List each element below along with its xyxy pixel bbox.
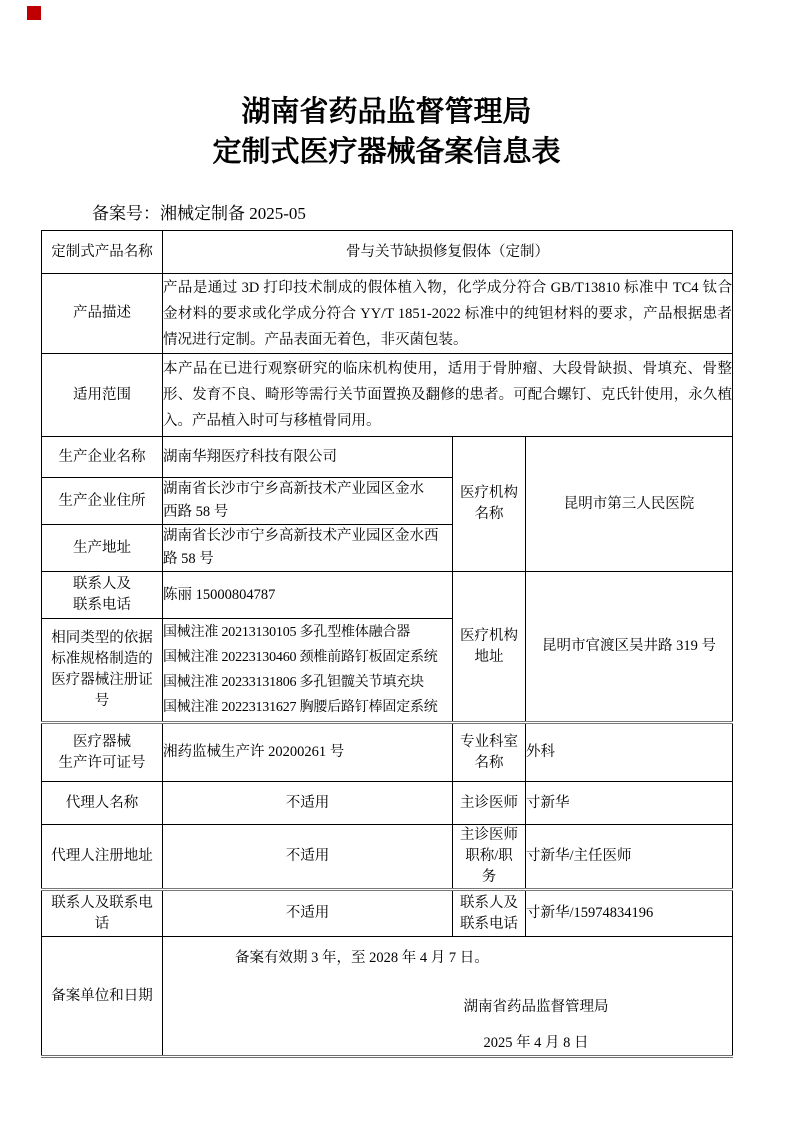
filing-unit-date-cell: 备案有效期 3 年，至 2028 年 4 月 7 日。 湖南省药品监督管理局 2… [163,937,733,1057]
filing-authority-name: 湖南省药品监督管理局 [406,996,666,1018]
row-production-license: 医疗器械 生产许可证号 湘药监械生产许 20200261 号 专业科室 名称 外… [42,723,733,782]
agent-name-label: 代理人名称 [42,782,163,825]
row-agent-address: 代理人注册地址 不适用 主诊医师 职称/职 务 寸新华/主任医师 [42,825,733,890]
row-filing-unit-date: 备案单位和日期 备案有效期 3 年，至 2028 年 4 月 7 日。 湖南省药… [42,937,733,1057]
contact-label: 联系人及 联系电话 [42,572,163,619]
row-agent-name: 代理人名称 不适用 主诊医师 寸新华 [42,782,733,825]
row-scope: 适用范围 本产品在已进行观察研究的临床机构使用，适用于骨肿瘤、大段骨缺损、骨填充… [42,354,733,437]
filing-date: 2025 年 4 月 8 日 [406,1032,666,1054]
scope-label: 适用范围 [42,354,163,437]
title-line-2: 定制式医疗器械备案信息表 [41,132,732,172]
filing-info-table: 定制式产品名称 骨与关节缺损修复假体（定制） 产品描述 产品是通过 3D 打印技… [41,230,733,1058]
filing-unit-date-label: 备案单位和日期 [42,937,163,1057]
institution-contact-value: 寸新华/15974834196 [526,890,733,937]
filing-authority-block: 湖南省药品监督管理局 2025 年 4 月 8 日 [406,996,666,1054]
document-title: 湖南省药品监督管理局 定制式医疗器械备案信息表 [41,92,732,172]
document-page: 湖南省药品监督管理局 定制式医疗器械备案信息表 备案号：湘械定制备 2025-0… [0,0,800,1131]
department-value: 外科 [526,723,733,782]
same-type-registrations-label: 相同类型的依据 标准规格制造的 医疗器械注册证 号 [42,619,163,723]
production-address-label: 生产地址 [42,525,163,572]
manufacturer-address-value: 湖南省长沙市宁乡高新技术产业园区金水 西路 58 号 [163,478,453,525]
record-number-label: 备案号： [92,204,160,223]
agent-contact-value: 不适用 [163,890,453,937]
agent-contact-label: 联系人及联系电 话 [42,890,163,937]
scope-value: 本产品在已进行观察研究的临床机构使用，适用于骨肿瘤、大段骨缺损、骨填充、骨整形、… [163,354,733,437]
agent-address-value: 不适用 [163,825,453,890]
filing-validity-text: 备案有效期 3 年，至 2028 年 4 月 7 日。 [235,947,732,969]
production-address-value: 湖南省长沙市宁乡高新技术产业园区金水西 路 58 号 [163,525,453,572]
attending-physician-value: 寸新华 [526,782,733,825]
manufacturer-name-label: 生产企业名称 [42,437,163,478]
attending-physician-label: 主诊医师 [453,782,526,825]
production-license-value: 湘药监械生产许 20200261 号 [163,723,453,782]
physician-title-value: 寸新华/主任医师 [526,825,733,890]
title-line-1: 湖南省药品监督管理局 [41,92,732,132]
medical-institution-name-value: 昆明市第三人民医院 [526,437,733,572]
product-name-label: 定制式产品名称 [42,231,163,274]
row-agent-contact: 联系人及联系电 话 不适用 联系人及 联系电话 寸新华/15974834196 [42,890,733,937]
record-number-value: 湘械定制备 2025-05 [160,204,306,223]
manufacturer-name-value: 湖南华翔医疗科技有限公司 [163,437,453,478]
contact-value: 陈丽 15000804787 [163,572,453,619]
row-product-desc: 产品描述 产品是通过 3D 打印技术制成的假体植入物，化学成分符合 GB/T13… [42,274,733,354]
red-corner-marker [27,6,41,20]
department-label: 专业科室 名称 [453,723,526,782]
production-license-label: 医疗器械 生产许可证号 [42,723,163,782]
product-desc-value: 产品是通过 3D 打印技术制成的假体植入物，化学成分符合 GB/T13810 标… [163,274,733,354]
medical-institution-address-label: 医疗机构 地址 [453,572,526,723]
institution-contact-label: 联系人及 联系电话 [453,890,526,937]
record-number-line: 备案号：湘械定制备 2025-05 [92,199,306,224]
medical-institution-name-label: 医疗机构 名称 [453,437,526,572]
same-type-registrations-value: 国械注准 20213130105 多孔型椎体融合器 国械注准 202231304… [163,619,453,723]
row-manufacturer-name: 生产企业名称 湖南华翔医疗科技有限公司 医疗机构 名称 昆明市第三人民医院 [42,437,733,478]
row-contact: 联系人及 联系电话 陈丽 15000804787 医疗机构 地址 昆明市官渡区吴… [42,572,733,619]
product-name-value: 骨与关节缺损修复假体（定制） [163,231,733,274]
physician-title-label: 主诊医师 职称/职 务 [453,825,526,890]
product-desc-label: 产品描述 [42,274,163,354]
row-product-name: 定制式产品名称 骨与关节缺损修复假体（定制） [42,231,733,274]
agent-name-value: 不适用 [163,782,453,825]
agent-address-label: 代理人注册地址 [42,825,163,890]
manufacturer-address-label: 生产企业住所 [42,478,163,525]
medical-institution-address-value: 昆明市官渡区吴井路 319 号 [526,572,733,723]
